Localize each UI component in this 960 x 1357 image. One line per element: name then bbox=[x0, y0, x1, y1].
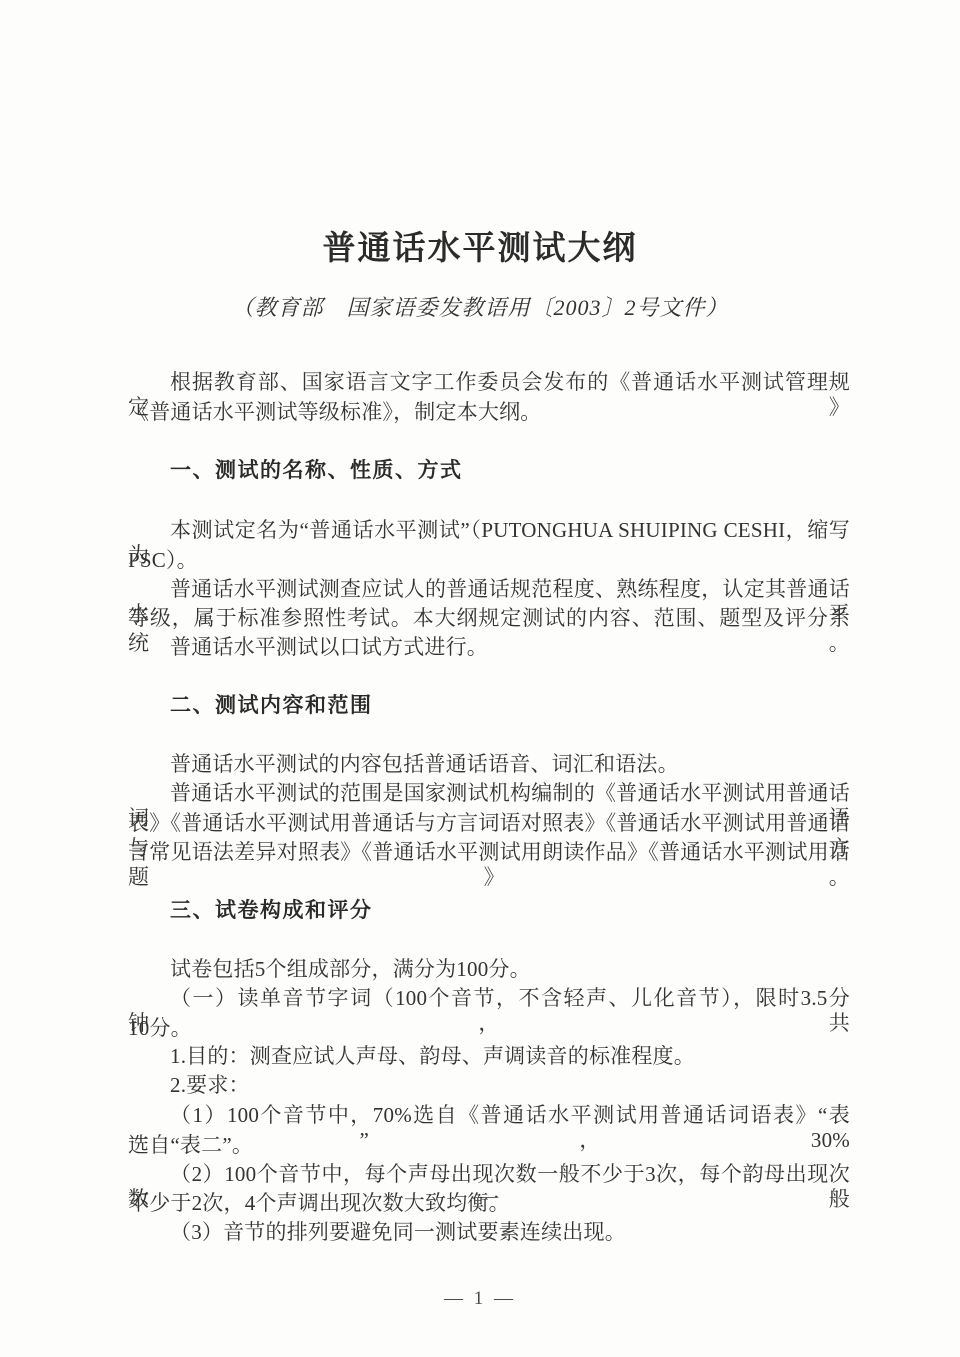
section-heading: 一、测试的名称、性质、方式 bbox=[128, 458, 850, 485]
section-heading: 三、试卷构成和评分 bbox=[128, 898, 850, 925]
document-subtitle: （教育部 国家语委发教语用〔2003〕2号文件） bbox=[0, 291, 960, 322]
text-line: 2.要求： bbox=[128, 1073, 850, 1100]
text-line: 1.目的：测查应试人声母、韵母、声调读音的标准程度。 bbox=[128, 1044, 850, 1071]
text-line: 根据教育部、国家语言文字工作委员会发布的《普通话水平测试管理规定》 bbox=[128, 370, 850, 397]
text-line: 普通话水平测试的范围是国家测试机构编制的《普通话水平测试用普通话词语 bbox=[128, 781, 850, 808]
text-line: 等级，属于标准参照性考试。本大纲规定测试的内容、范围、题型及评分系统。 bbox=[128, 606, 850, 633]
page-number: — 1 — bbox=[0, 1288, 960, 1310]
text-line: 不少于2次，4个声调出现次数大致均衡。 bbox=[128, 1191, 850, 1218]
text-line: （一）读单音节字词（100个音节，不含轻声、儿化音节），限时3.5分钟，共 bbox=[128, 986, 850, 1013]
text-line: （1）100个音节中，70%选自《普通话水平测试用普通话词语表》“表一”，30% bbox=[128, 1103, 850, 1130]
text-line: （2）100个音节中，每个声母出现次数一般不少于3次，每个韵母出现次数一般 bbox=[128, 1162, 850, 1189]
text-line: 普通话水平测试以口试方式进行。 bbox=[128, 635, 850, 662]
document-title: 普通话水平测试大纲 bbox=[0, 222, 960, 269]
text-line: （3）音节的排列要避免同一测试要素连续出现。 bbox=[128, 1220, 850, 1247]
text-line: 《普通话水平测试等级标准》，制定本大纲。 bbox=[128, 400, 850, 427]
document-page: 普通话水平测试大纲 （教育部 国家语委发教语用〔2003〕2号文件） 根据教育部… bbox=[0, 0, 960, 1357]
text-line: 本测试定名为“普通话水平测试”（PUTONGHUA SHUIPING CESHI… bbox=[128, 518, 850, 545]
text-line: 10分。 bbox=[128, 1016, 850, 1043]
text-line: 普通话水平测试的内容包括普通话语音、词汇和语法。 bbox=[128, 752, 850, 779]
text-line: 表》《普通话水平测试用普通话与方言词语对照表》《普通话水平测试用普通话与方 bbox=[128, 811, 850, 838]
text-line: 试卷包括5个组成部分，满分为100分。 bbox=[128, 957, 850, 984]
text-line: PSC）。 bbox=[128, 548, 850, 575]
section-heading: 二、测试内容和范围 bbox=[128, 693, 850, 720]
text-line: 普通话水平测试测查应试人的普通话规范程度、熟练程度，认定其普通话水平 bbox=[128, 577, 850, 604]
text-line: 选自“表二”。 bbox=[128, 1133, 850, 1160]
text-line: 言常见语法差异对照表》《普通话水平测试用朗读作品》《普通话水平测试用话题》。 bbox=[128, 840, 850, 867]
